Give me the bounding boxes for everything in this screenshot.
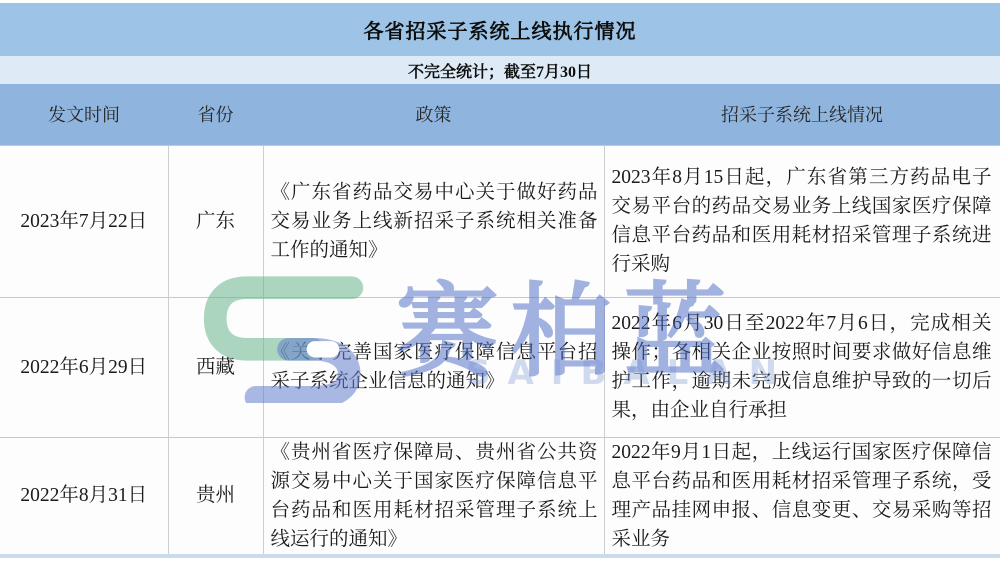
column-header-status: 招采子系统上线情况 (604, 84, 1000, 145)
cell-policy: 《广东省药品交易中心关于做好药品交易业务上线新招采子系统相关准备工作的通知》 (263, 145, 604, 297)
table-graphic: 各省招采子系统上线执行情况 不完全统计；截至7月30日 发文时间 省份 政策 招… (0, 0, 1000, 562)
table-row: 2022年8月31日 贵州 《贵州省医疗保障局、贵州省公共资源交易中心关于国家医… (0, 437, 1000, 554)
title-bar: 各省招采子系统上线执行情况 (0, 3, 1000, 56)
cell-date: 2023年7月22日 (0, 145, 168, 297)
cell-date: 2022年8月31日 (0, 437, 168, 554)
table-row: 2023年7月22日 广东 《广东省药品交易中心关于做好药品交易业务上线新招采子… (0, 145, 1000, 297)
column-header-date: 发文时间 (0, 84, 168, 145)
data-table: 发文时间 省份 政策 招采子系统上线情况 2023年7月22日 广东 《广东省药… (0, 84, 1000, 554)
cell-status: 2022年6月30日至2022年7月6日，完成相关操作；各相关企业按照时间要求做… (604, 297, 1000, 437)
page-title: 各省招采子系统上线执行情况 (364, 15, 637, 44)
subtitle-text: 不完全统计；截至7月30日 (408, 59, 592, 82)
header-row: 发文时间 省份 政策 招采子系统上线情况 (0, 84, 1000, 145)
cell-policy: 《关于完善国家医疗保障信息平台招采子系统企业信息的通知》 (263, 297, 604, 437)
cell-date: 2022年6月29日 (0, 297, 168, 437)
column-header-province: 省份 (168, 84, 263, 145)
cell-policy: 《贵州省医疗保障局、贵州省公共资源交易中心关于国家医疗保障信息平台药品和医用耗材… (263, 437, 604, 554)
cell-status: 2023年8月15日起，广东省第三方药品电子交易平台的药品交易业务上线国家医疗保… (604, 145, 1000, 297)
subtitle-bar: 不完全统计；截至7月30日 (0, 56, 1000, 84)
table-row: 2022年6月29日 西藏 《关于完善国家医疗保障信息平台招采子系统企业信息的通… (0, 297, 1000, 437)
bottom-strip (0, 554, 1000, 558)
cell-status: 2022年9月1日起，上线运行国家医疗保障信息平台药品和医用耗材招采管理子系统，… (604, 437, 1000, 554)
column-header-policy: 政策 (263, 84, 604, 145)
cell-province: 贵州 (168, 437, 263, 554)
cell-province: 西藏 (168, 297, 263, 437)
cell-province: 广东 (168, 145, 263, 297)
